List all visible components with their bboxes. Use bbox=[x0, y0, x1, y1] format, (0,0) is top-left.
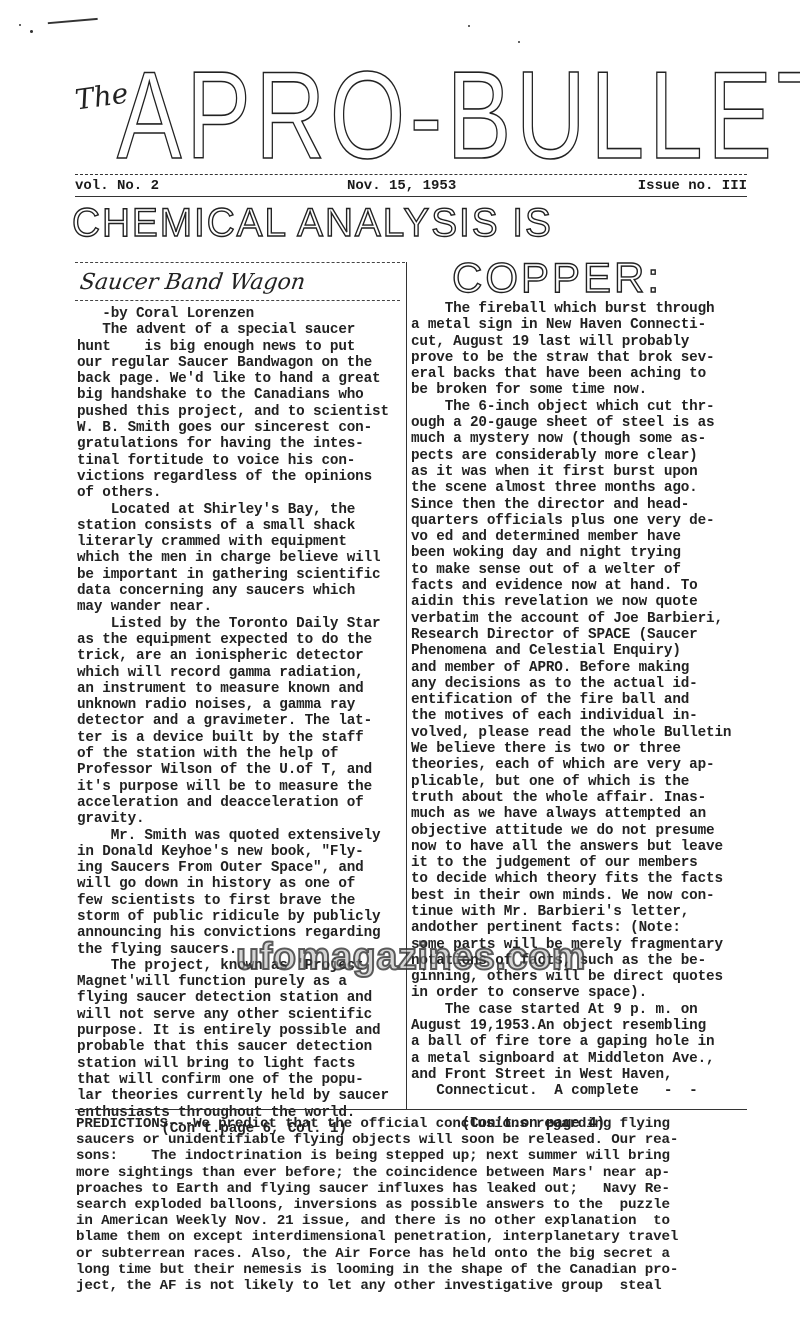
text-line: andother pertinent facts: (Note: bbox=[411, 920, 731, 936]
text-line: few scientists to first brave the bbox=[77, 893, 389, 909]
text-line: storm of public ridicule by publicly bbox=[77, 909, 389, 925]
text-line: facts and evidence now at hand. To bbox=[411, 578, 731, 594]
text-line: probable that this saucer detection bbox=[77, 1039, 389, 1055]
text-line: The fireball which burst through bbox=[411, 301, 731, 317]
text-line: PREDICTIONS---We predict that the offici… bbox=[76, 1116, 678, 1132]
dateline: vol. No. 2 Nov. 15, 1953 Issue no. III bbox=[75, 178, 747, 197]
watermark: ufomagazines.com bbox=[236, 936, 586, 979]
text-line: detector and a gravimeter. The lat- bbox=[77, 713, 389, 729]
text-line: it to the judgement of our members bbox=[411, 855, 731, 871]
text-line: in order to conserve space). bbox=[411, 985, 731, 1001]
text-line: station consists of a small shack bbox=[77, 518, 389, 534]
text-line: and Front Street in West Haven, bbox=[411, 1067, 731, 1083]
text-line: purpose. It is entirely possible and bbox=[77, 1023, 389, 1039]
text-line: tinue with Mr. Barbieri's letter, bbox=[411, 904, 731, 920]
text-line: long time but their nemesis is looming i… bbox=[76, 1262, 678, 1278]
text-line: quarters officials plus one very de- bbox=[411, 513, 731, 529]
text-line: pushed this project, and to scientist bbox=[77, 404, 389, 420]
text-line: blame them on except interdimensional pe… bbox=[76, 1229, 678, 1245]
text-line: now to have all the answers but leave bbox=[411, 839, 731, 855]
issue-date: Nov. 15, 1953 bbox=[347, 178, 456, 194]
text-line: truth about the whole affair. Inas- bbox=[411, 790, 731, 806]
text-line: literarly crammed with equipment bbox=[77, 534, 389, 550]
text-line: acceleration and deacceleration of bbox=[77, 795, 389, 811]
text-line: eral backs that have been aching to bbox=[411, 366, 731, 382]
text-line: verbatim the account of Joe Barbieri, bbox=[411, 611, 731, 627]
masthead-rule bbox=[75, 174, 747, 175]
predictions-article: PREDICTIONS---We predict that the offici… bbox=[76, 1116, 678, 1294]
text-line: Research Director of SPACE (Saucer bbox=[411, 627, 731, 643]
speck bbox=[468, 25, 470, 27]
text-line: in American Weekly Nov. 21 issue, and th… bbox=[76, 1213, 678, 1229]
masthead: The APRO-BULLETIN bbox=[75, 60, 755, 175]
text-line bbox=[411, 1100, 731, 1116]
text-line: and member of APRO. Before making bbox=[411, 660, 731, 676]
text-line: Mr. Smith was quoted extensively bbox=[77, 828, 389, 844]
text-line: the motives of each individual in- bbox=[411, 708, 731, 724]
text-line: vo ed and determined member have bbox=[411, 529, 731, 545]
text-line: pects are considerably more clear) bbox=[411, 448, 731, 464]
text-line: sons: The indoctrination is being steppe… bbox=[76, 1148, 678, 1164]
text-line: theories, each of which are very ap- bbox=[411, 757, 731, 773]
text-line: to make sense out of a welter of bbox=[411, 562, 731, 578]
text-line: lar theories currently held by saucer bbox=[77, 1088, 389, 1104]
text-line: big handshake to the Canadians who bbox=[77, 387, 389, 403]
left-column-heading-rule bbox=[75, 300, 400, 301]
text-line: entification of the fire ball and bbox=[411, 692, 731, 708]
stray-pen-mark bbox=[48, 18, 99, 30]
text-line: Since then the director and head- bbox=[411, 497, 731, 513]
text-line: The advent of a special saucer bbox=[77, 322, 389, 338]
text-line: best in their own minds. We now con- bbox=[411, 888, 731, 904]
text-line: tinal fortitude to voice his con- bbox=[77, 453, 389, 469]
text-line: Professor Wilson of the U.of T, and bbox=[77, 762, 389, 778]
text-line: be important in gathering scientific bbox=[77, 567, 389, 583]
text-line: in Donald Keyhoe's new book, "Fly- bbox=[77, 844, 389, 860]
left-column-top-rule bbox=[75, 262, 405, 263]
headline-line-2: COPPER: bbox=[452, 257, 662, 299]
text-line: will go down in history as one of bbox=[77, 876, 389, 892]
text-line: any decisions as to the actual id- bbox=[411, 676, 731, 692]
text-line: -by Coral Lorenzen bbox=[77, 306, 389, 322]
text-line: that will confirm one of the popu- bbox=[77, 1072, 389, 1088]
text-line: the scene almost three months ago. bbox=[411, 480, 731, 496]
text-line: The case started At 9 p. m. on bbox=[411, 1002, 731, 1018]
text-line: hunt is big enough news to put bbox=[77, 339, 389, 355]
text-line: volved, please read the whole Bulletin bbox=[411, 725, 731, 741]
headline-line-1: CHEMICAL ANALYSIS IS bbox=[72, 203, 732, 243]
text-line: a metal sign in New Haven Connecti- bbox=[411, 317, 731, 333]
text-line: more sightings than ever before; the coi… bbox=[76, 1165, 678, 1181]
left-column-article: -by Coral Lorenzen The advent of a speci… bbox=[77, 306, 389, 1137]
text-line: our regular Saucer Bandwagon on the bbox=[77, 355, 389, 371]
text-line: Listed by the Toronto Daily Star bbox=[77, 616, 389, 632]
text-line: an instrument to measure known and bbox=[77, 681, 389, 697]
left-column-heading: Saucer Band Wagon bbox=[78, 270, 307, 295]
text-line: a ball of fire tore a gaping hole in bbox=[411, 1034, 731, 1050]
text-line: aidin this revelation we now quote bbox=[411, 594, 731, 610]
text-line: gratulations for having the intes- bbox=[77, 436, 389, 452]
section-divider bbox=[75, 1109, 747, 1110]
text-line: it's purpose will be to measure the bbox=[77, 779, 389, 795]
text-line: much a mystery now (though some as- bbox=[411, 431, 731, 447]
text-line: back page. We'd like to hand a great bbox=[77, 371, 389, 387]
text-line: proaches to Earth and flying saucer infl… bbox=[76, 1181, 678, 1197]
text-line: will not serve any other scientific bbox=[77, 1007, 389, 1023]
text-line: ing Saucers From Outer Space", and bbox=[77, 860, 389, 876]
text-line: August 19,1953.An object resembling bbox=[411, 1018, 731, 1034]
text-line: flying saucer detection station and bbox=[77, 990, 389, 1006]
text-line: cut, August 19 last will probably bbox=[411, 334, 731, 350]
text-line: prove to be the straw that brok sev- bbox=[411, 350, 731, 366]
text-line: station will bring to light facts bbox=[77, 1056, 389, 1072]
text-line: plicable, but one of which is the bbox=[411, 774, 731, 790]
text-line: Phenomena and Celestial Enquiry) bbox=[411, 643, 731, 659]
right-column-article: The fireball which burst througha metal … bbox=[411, 301, 731, 1132]
text-line: gravity. bbox=[77, 811, 389, 827]
text-line: victions regardless of the opinions bbox=[77, 469, 389, 485]
text-line: Located at Shirley's Bay, the bbox=[77, 502, 389, 518]
text-line: ough a 20-gauge sheet of steel is as bbox=[411, 415, 731, 431]
text-line: been woking day and night trying bbox=[411, 545, 731, 561]
text-line: a metal signboard at Middleton Ave., bbox=[411, 1051, 731, 1067]
text-line: W. B. Smith goes our sincerest con- bbox=[77, 420, 389, 436]
masthead-title: APRO-BULLETIN bbox=[117, 54, 800, 178]
text-line: which will record gamma radiation, bbox=[77, 665, 389, 681]
text-line: unknown radio noises, a gamma ray bbox=[77, 697, 389, 713]
text-line: may wander near. bbox=[77, 599, 389, 615]
text-line: objective attitude we do not presume bbox=[411, 823, 731, 839]
text-line: trick, are an ionispheric detector bbox=[77, 648, 389, 664]
text-line: be broken for some time now. bbox=[411, 382, 731, 398]
text-line: Connecticut. A complete - - bbox=[411, 1083, 731, 1099]
speck bbox=[30, 30, 33, 33]
text-line: of the station with the help of bbox=[77, 746, 389, 762]
text-line: as the equipment expected to do the bbox=[77, 632, 389, 648]
text-line: We believe there is two or three bbox=[411, 741, 731, 757]
text-line: as it was when it first burst upon bbox=[411, 464, 731, 480]
issue-number: Issue no. III bbox=[638, 178, 747, 194]
volume-number: vol. No. 2 bbox=[75, 178, 159, 194]
text-line: which the men in charge believe will bbox=[77, 550, 389, 566]
text-line: of others. bbox=[77, 485, 389, 501]
text-line: data concerning any saucers which bbox=[77, 583, 389, 599]
text-line: saucers or unidentifiable flying objects… bbox=[76, 1132, 678, 1148]
text-line: search exploded balloons, inversions as … bbox=[76, 1197, 678, 1213]
text-line: or subterrean races. Also, the Air Force… bbox=[76, 1246, 678, 1262]
text-line: ter is a device built by the staff bbox=[77, 730, 389, 746]
speck bbox=[19, 24, 21, 26]
text-line: to decide which theory fits the facts bbox=[411, 871, 731, 887]
text-line: ject, the AF is not likely to let any ot… bbox=[76, 1278, 678, 1294]
speck bbox=[518, 41, 520, 43]
text-line: The 6-inch object which cut thr- bbox=[411, 399, 731, 415]
text-line: much as we have always attempted an bbox=[411, 806, 731, 822]
column-divider bbox=[406, 262, 407, 1110]
